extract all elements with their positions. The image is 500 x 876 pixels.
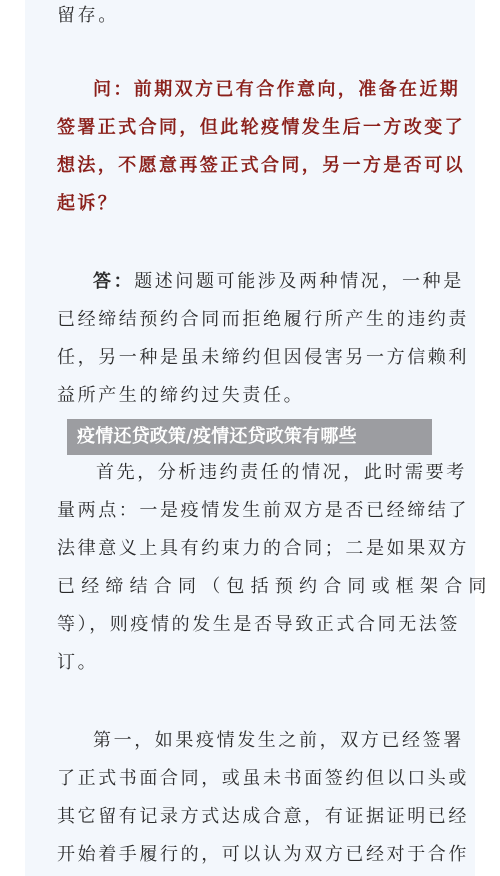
answer-line: 益所产生的缔约过失责任。 [57, 384, 304, 408]
question-line: 想法，不愿意再签正式合同，另一方是否可以 [57, 154, 465, 178]
question-line: 问：前期双方已有合作意向，准备在近期 [93, 78, 460, 102]
question-line: 签署正式合同，但此轮疫情发生后一方改变了 [57, 116, 465, 140]
paragraph-line: 首先，分析违约责任的情况，此时需要考 [96, 461, 467, 485]
paragraph-line: 已经缔结合同（包括预约合同或框架合同 [57, 575, 493, 599]
paragraph-line: 订。 [57, 651, 98, 675]
paragraph-line: 其它留有记录方式达成合意，有证据证明已经 [57, 805, 469, 829]
answer-line: 任，另一种是虽未缔约但因侵害另一方信赖利 [57, 346, 469, 370]
paragraph-line: 法律意义上具有约束力的合同；二是如果双方 [57, 537, 469, 561]
paragraph-line: 量两点：一是疫情发生前双方是否已经缔结了 [57, 499, 469, 523]
answer-first-line: 答：题述问题可能涉及两种情况，一种是 [93, 270, 464, 294]
paragraph-line: 第一，如果疫情发生之前，双方已经签署 [93, 729, 464, 753]
banner-title: 疫情还贷政策/疫情还贷政策有哪些 [77, 424, 357, 450]
intro-tail-text: 留存。 [57, 4, 119, 28]
paragraph-line: 了正式书面合同，或虽未书面签约但以口头或 [57, 767, 469, 791]
paragraph-line: 等），则疫情的发生是否导致正式合同无法签 [57, 613, 460, 637]
answer-label: 答： [93, 271, 134, 292]
answer-line-text: 题述问题可能涉及两种情况，一种是 [134, 271, 464, 292]
question-line: 起诉？ [57, 192, 118, 216]
answer-line: 已经缔结预约合同而拒绝履行所产生的违约责 [57, 308, 469, 332]
page: 留存。 问：前期双方已有合作意向，准备在近期 签署正式合同，但此轮疫情发生后一方… [0, 0, 500, 876]
paragraph-line: 开始着手履行的，可以认为双方已经对于合作 [57, 843, 469, 867]
title-banner: 疫情还贷政策/疫情还贷政策有哪些 [67, 419, 432, 455]
